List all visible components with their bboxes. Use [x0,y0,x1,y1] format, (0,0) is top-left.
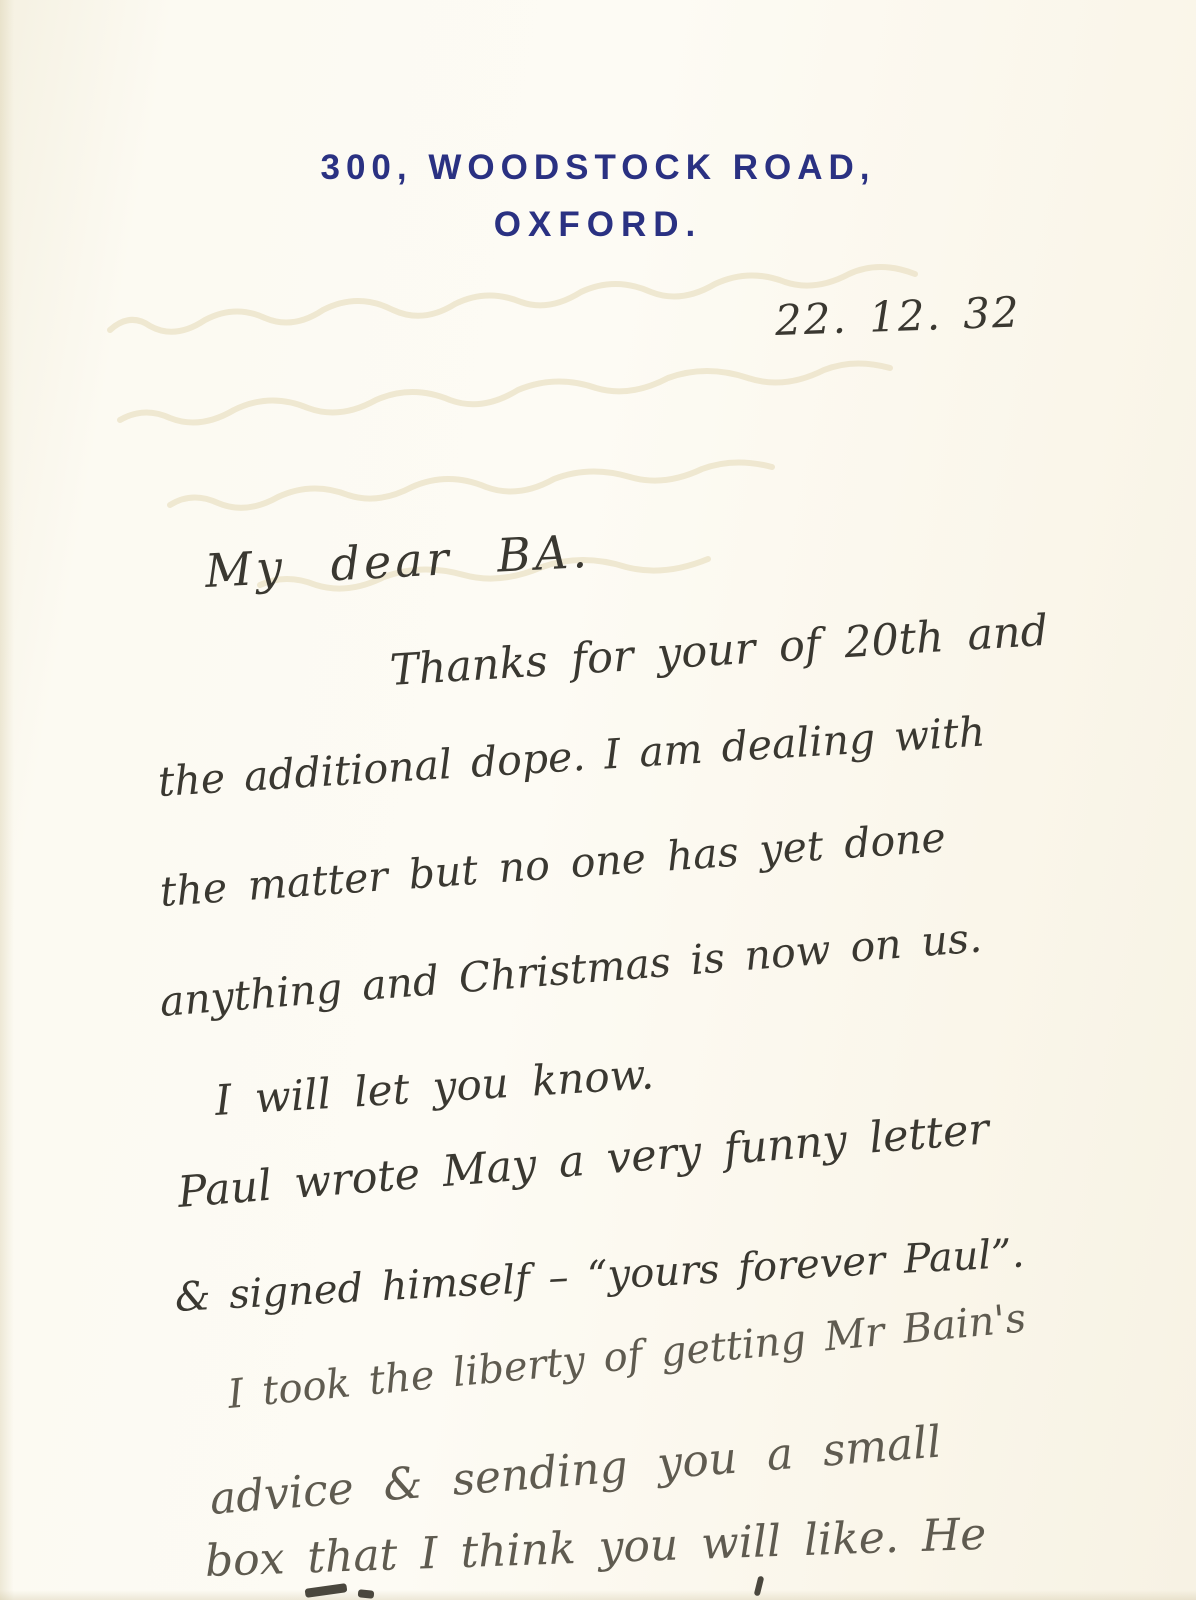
body-line: the additional dope. I am dealing with [157,711,987,803]
cutoff-stroke [754,1576,765,1597]
body-line: I will let you know. [214,1053,655,1122]
body-line: Thanks for your of 20th and [389,610,1050,693]
letterhead: 300, WOODSTOCK ROAD, OXFORD. [0,150,1196,242]
body-line: anything and Christmas is now on us. [158,917,983,1023]
body-line: advice & sending you a small [208,1421,943,1522]
letterhead-city: OXFORD. [0,207,1196,242]
body-line: box that I think you will like. He [204,1513,987,1584]
salutation: My dear BA. [204,528,592,594]
letter-date: 22. 12. 32 [774,291,1021,342]
letter-page: 300, WOODSTOCK ROAD, OXFORD. 22. 12. 32 … [0,0,1196,1600]
cutoff-stroke [358,1589,375,1599]
letterhead-address: 300, WOODSTOCK ROAD, [0,150,1196,185]
body-line: Paul wrote May a very funny letter [176,1108,990,1215]
body-line: & signed himself – “yours forever Paul”. [174,1234,1025,1318]
cutoff-stroke [305,1583,348,1598]
body-line: I took the liberty of getting Mr Bain's [226,1298,1027,1415]
body-line: the matter but no one has yet done [159,817,947,913]
scan-edge-bottom [0,1590,1196,1600]
